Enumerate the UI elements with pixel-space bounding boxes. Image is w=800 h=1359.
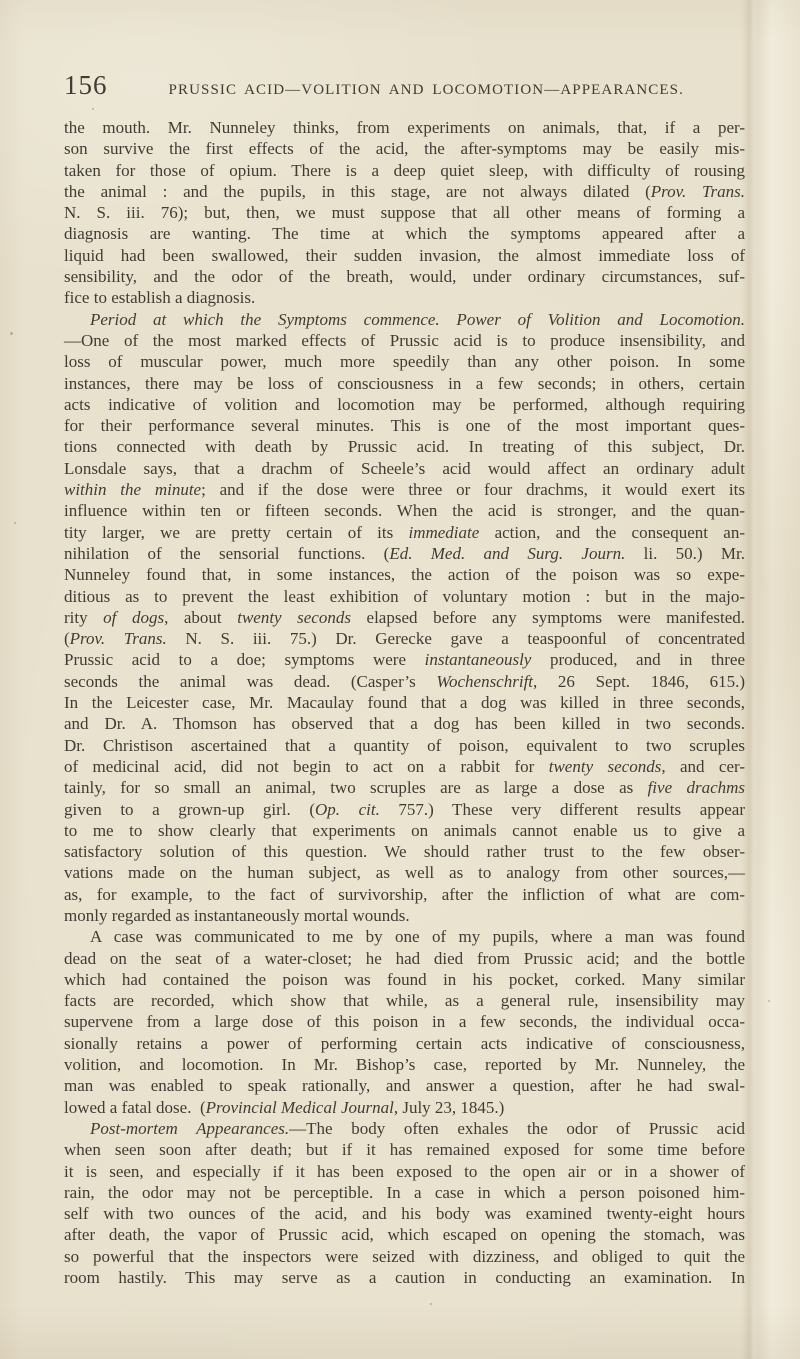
text-line: nihilation of the sensorial functions. (… xyxy=(64,543,745,564)
text-line: liquid had been swallowed, their sudden … xyxy=(64,245,745,266)
text-line: when seen soon after death; but if it ha… xyxy=(64,1139,745,1160)
text-line: rity of dogs, about twenty seconds elaps… xyxy=(64,607,745,628)
text-line: acts indicative of volition and locomoti… xyxy=(64,394,745,415)
text-line: self with two ounces of the acid, and hi… xyxy=(64,1203,745,1224)
text-line: monly regarded as instantaneously mortal… xyxy=(64,905,745,926)
text-line: ditious as to prevent the least exhibiti… xyxy=(64,586,745,607)
text-line: lowed a fatal dose. (Provincial Medical … xyxy=(64,1097,745,1118)
text-line: instances, there may be loss of consciou… xyxy=(64,373,745,394)
text-line: volition, and locomotion. In Mr. Bishop’… xyxy=(64,1054,745,1075)
text-line: Dr. Christison ascertained that a quanti… xyxy=(64,735,745,756)
text-line: tions connected with death by Prussic ac… xyxy=(64,436,745,457)
text-line: rain, the odor may not be perceptible. I… xyxy=(64,1182,745,1203)
running-title: PRUSSIC ACID—VOLITION AND LOCOMOTION—APP… xyxy=(108,82,746,99)
text-line: A case was communicated to me by one of … xyxy=(64,926,745,947)
paper-speck xyxy=(430,1303,432,1305)
text-line: it is seen, and especially if it has bee… xyxy=(64,1161,745,1182)
text-line: and Dr. A. Thomson has observed that a d… xyxy=(64,713,745,734)
text-line: sionally retains a power of performing c… xyxy=(64,1033,745,1054)
page-number: 156 xyxy=(64,70,108,101)
text-line: In the Leicester case, Mr. Macaulay foun… xyxy=(64,692,745,713)
paper-speck xyxy=(10,332,13,335)
text-line: of medicinal acid, did not begin to act … xyxy=(64,756,745,777)
text-line: —One of the most marked effects of Pruss… xyxy=(64,330,745,351)
text-line: room hastily. This may serve as a cautio… xyxy=(64,1267,745,1288)
text-line: after death, the vapor of Prussic acid, … xyxy=(64,1224,745,1245)
text-line: N. S. iii. 76); but, then, we must suppo… xyxy=(64,202,745,223)
text-line: the mouth. Mr. Nunneley thinks, from exp… xyxy=(64,117,745,138)
book-page: 156 PRUSSIC ACID—VOLITION AND LOCOMOTION… xyxy=(0,0,800,1359)
text-line: within the minute; and if the dose were … xyxy=(64,479,745,500)
text-line: the animal : and the pupils, in this sta… xyxy=(64,181,745,202)
text-line: which had contained the poison was found… xyxy=(64,969,745,990)
text-line: tainly, for so small an animal, two scru… xyxy=(64,777,745,798)
text-line: so powerful that the inspectors were sei… xyxy=(64,1246,745,1267)
text-line: son survive the first effects of the aci… xyxy=(64,138,745,159)
page-body: the mouth. Mr. Nunneley thinks, from exp… xyxy=(64,117,745,1288)
text-line: diagnosis are wanting. The time at which… xyxy=(64,223,745,244)
text-line: Lonsdale says, that a drachm of Scheele’… xyxy=(64,458,745,479)
paper-speck xyxy=(768,1000,770,1002)
text-line: supervene from a large dose of this pois… xyxy=(64,1011,745,1032)
text-line: as, for example, to the fact of survivor… xyxy=(64,884,745,905)
text-line: Period at which the Symptoms commence. P… xyxy=(64,309,745,330)
text-line: seconds the animal was dead. (Casper’s W… xyxy=(64,671,745,692)
text-line: man was enabled to speak rationally, and… xyxy=(64,1075,745,1096)
text-line: loss of muscular power, much more speedi… xyxy=(64,351,745,372)
text-line: dead on the seat of a water-closet; he h… xyxy=(64,948,745,969)
text-line: vations made on the human subject, as we… xyxy=(64,862,745,883)
text-line: facts are recorded, which show that whil… xyxy=(64,990,745,1011)
text-line: to me to show clearly that experiments o… xyxy=(64,820,745,841)
text-line: for their performance several minutes. T… xyxy=(64,415,745,436)
text-line: satisfactory solution of this question. … xyxy=(64,841,745,862)
text-line: given to a grown-up girl. (Op. cit. 757.… xyxy=(64,799,745,820)
text-line: Prussic acid to a doe; symptoms were ins… xyxy=(64,649,745,670)
text-line: fice to establish a diagnosis. xyxy=(64,287,745,308)
paper-speck xyxy=(92,108,94,110)
text-line: Nunneley found that, in some instances, … xyxy=(64,564,745,585)
text-line: taken for those of opium. There is a dee… xyxy=(64,160,745,181)
page-header: 156 PRUSSIC ACID—VOLITION AND LOCOMOTION… xyxy=(64,70,745,101)
text-line: tity larger, we are pretty certain of it… xyxy=(64,522,745,543)
text-line: (Prov. Trans. N. S. iii. 75.) Dr. Gereck… xyxy=(64,628,745,649)
text-line: influence within ten or fifteen seconds.… xyxy=(64,500,745,521)
text-line: Post-mortem Appearances.—The body often … xyxy=(64,1118,745,1139)
text-line: sensibility, and the odor of the breath,… xyxy=(64,266,745,287)
paper-speck xyxy=(14,522,16,524)
